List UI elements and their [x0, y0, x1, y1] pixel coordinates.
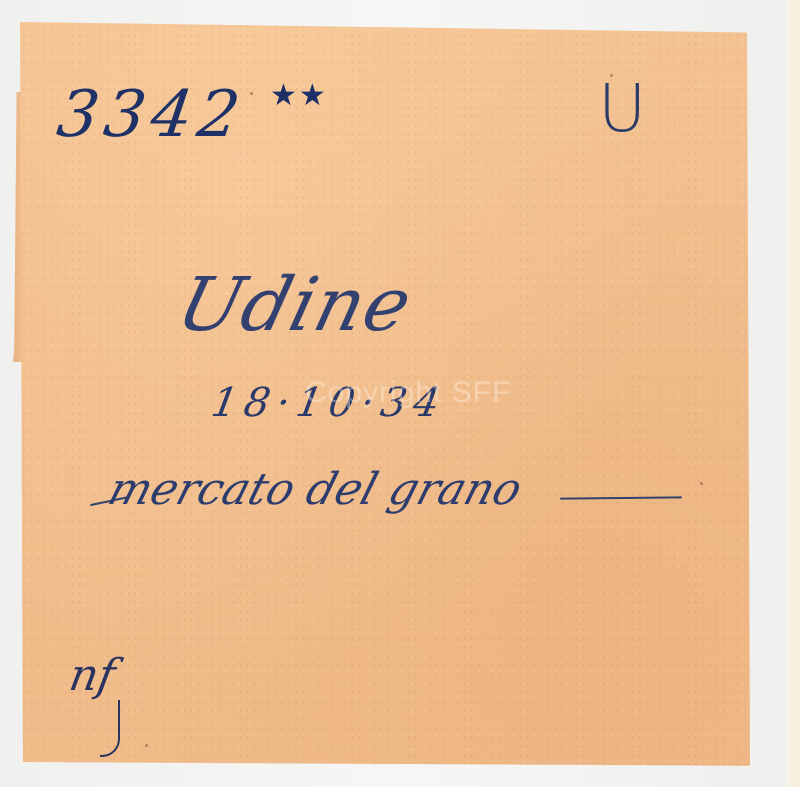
- caption-text: mercato del grano: [103, 464, 528, 515]
- paper-speck: [250, 92, 253, 95]
- photo-background: 3342 ★★ U Udine 18·10·34 mercato del gra…: [0, 0, 800, 787]
- paper-speck: [145, 744, 148, 747]
- reference-stars-icon: ★★: [270, 78, 328, 113]
- initials-flourish: [100, 700, 120, 757]
- paper-speck: [700, 482, 703, 485]
- corner-letter: U: [598, 70, 646, 147]
- author-initials: nf: [66, 650, 120, 701]
- copyright-watermark: Copyright SFF: [305, 376, 511, 410]
- reference-number: 3342: [53, 78, 250, 152]
- adjacent-paper-edge: [786, 0, 800, 787]
- city-name: Udine: [169, 262, 420, 348]
